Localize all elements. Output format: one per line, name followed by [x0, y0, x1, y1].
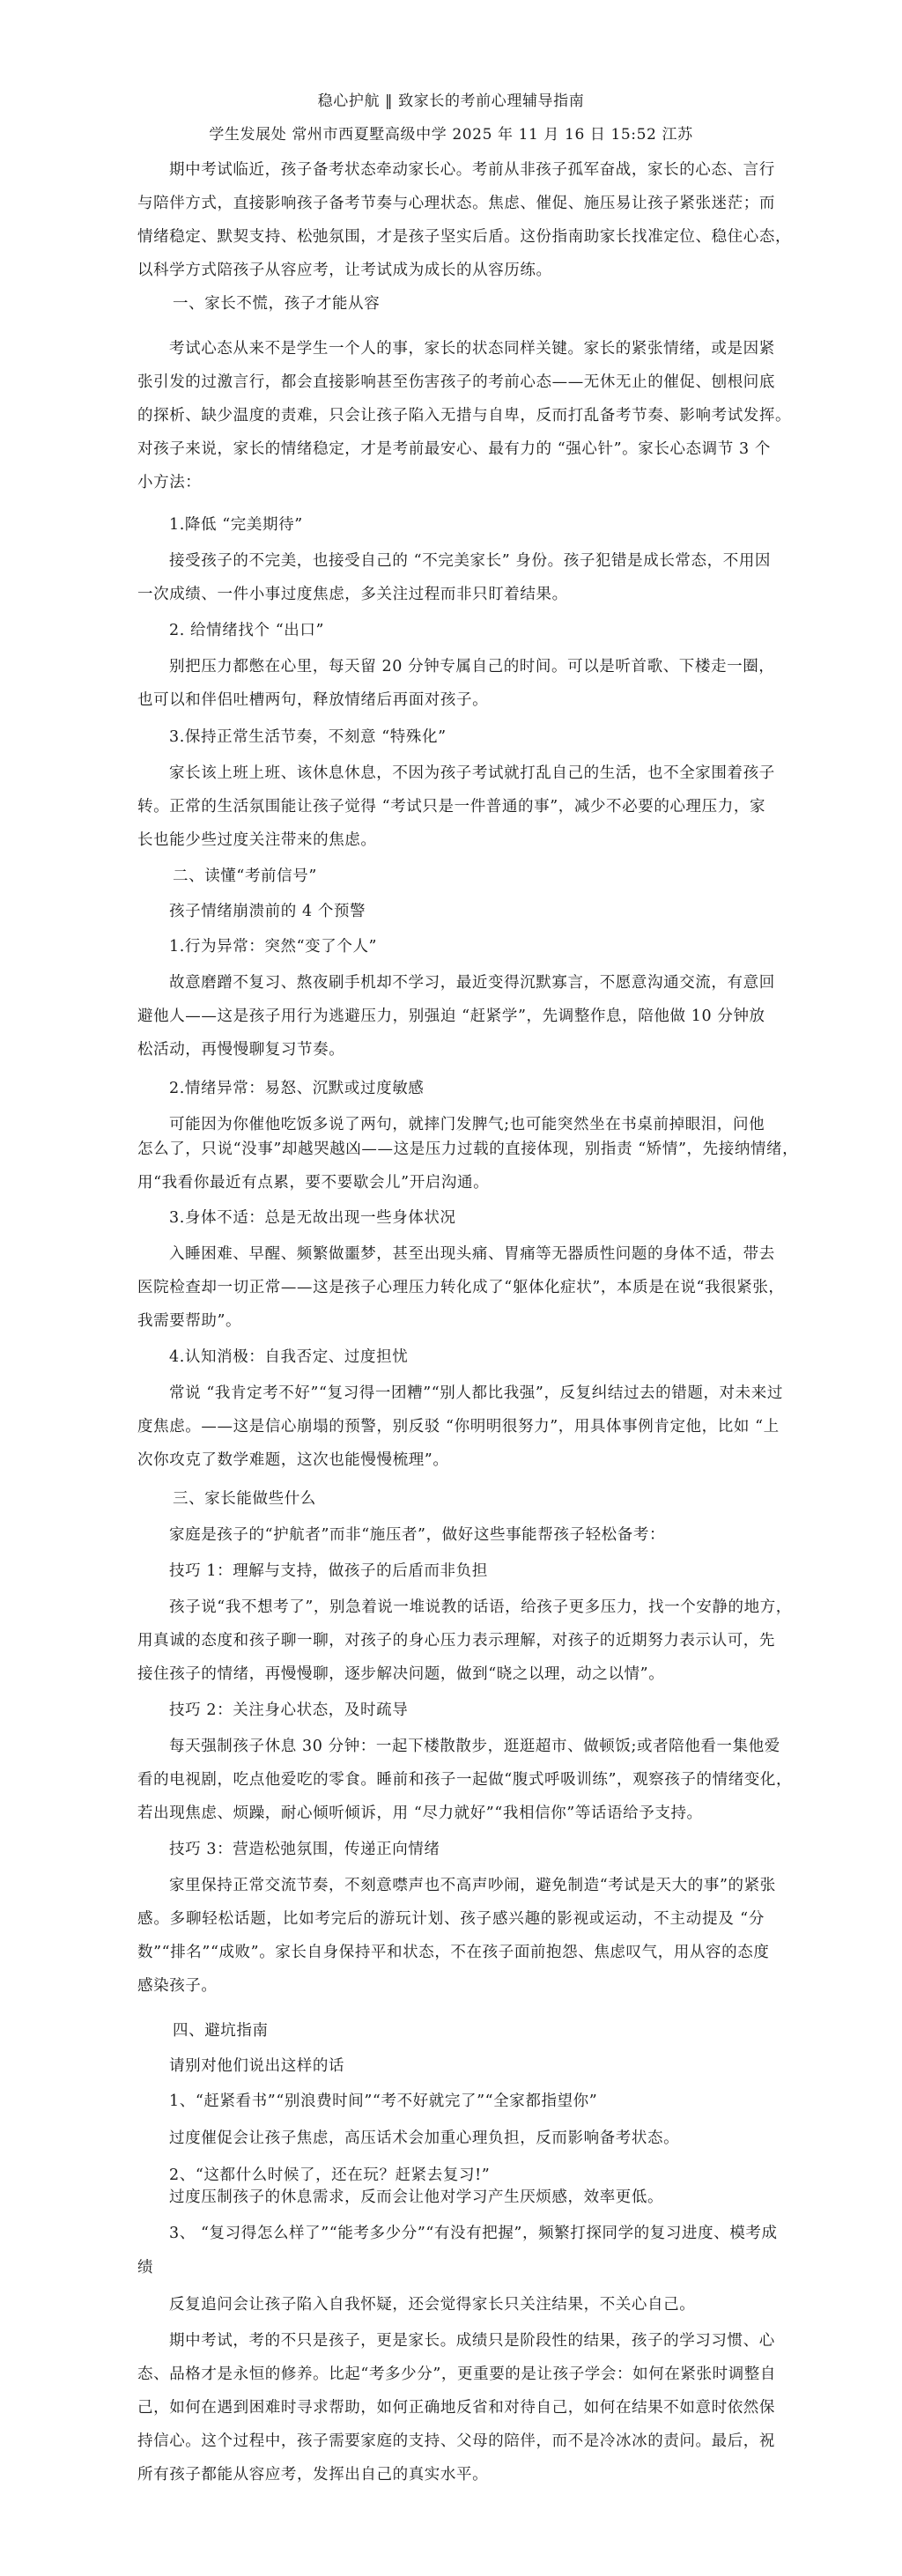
paragraph-line: 态、品格才是永恒的修养。比起“考多少分”，更重要的是让孩子学会：如何在紧张时调整…: [137, 2365, 765, 2384]
subheading: 技巧 3：营造松弛氛围，传递正向情绪: [169, 1840, 440, 1859]
paragraph-line: 入睡困难、早醒、频繁做噩梦，甚至出现头痛、胃痛等无器质性问题的身体不适，带去: [169, 1244, 765, 1264]
subheading: 3.保持正常生活节奏，不刻意 “特殊化”: [169, 727, 447, 747]
paragraph-line: 接受孩子的不完美，也接受自己的 “不完美家长” 身份。孩子犯错是成长常态，不用因: [169, 551, 765, 571]
article-byline: 学生发展处 常州市西夏墅高级中学 2025 年 11 月 16 日 15:52 …: [0, 125, 902, 144]
paragraph-line: 过度压制孩子的休息需求，反而会让他对学习产生厌烦感，效率更低。: [169, 2188, 663, 2207]
paragraph-line: 情绪稳定、默契支持、松弛氛围，才是孩子坚实后盾。这份指南助家长找准定位、稳住心态…: [137, 227, 765, 247]
paragraph-line: 小方法：: [137, 473, 201, 492]
paragraph-line: 每天强制孩子休息 30 分钟：一起下楼散散步，逛逛超市、做顿饭;或者陪他看一集他…: [169, 1737, 765, 1756]
paragraph-line: 用“我看你最近有点累，要不要歇会儿”开启沟通。: [137, 1173, 489, 1192]
subheading: 1.降低 “完美期待”: [169, 515, 303, 535]
paragraph-line: 一次成绩、一件小事过度焦虑，多关注过程而非只盯着结果。: [137, 585, 568, 604]
paragraph-line: 己，如何在遇到困难时寻求帮助，如何正确地反省和对待自己，如何在结果不如意时依然保: [137, 2398, 765, 2417]
paragraph-line: 长也能少些过度关注带来的焦虑。: [137, 830, 377, 850]
paragraph-line: 感染孩子。: [137, 1976, 218, 1996]
article-title: 稳心护航 ‖ 致家长的考前心理辅导指南: [0, 92, 902, 111]
paragraph-line: 也可以和伴侣吐槽两句，释放情绪后再面对孩子。: [137, 690, 488, 710]
subheading: 技巧 1：理解与支持，做孩子的后盾而非负担: [169, 1561, 488, 1581]
paragraph-line: 持信心。这个过程中，孩子需要家庭的支持、父母的陪伴，而不是冷冰冰的责问。最后，祝: [137, 2432, 765, 2451]
paragraph-line: 次你攻克了数学难题，这次也能慢慢梳理”。: [137, 1450, 448, 1470]
paragraph-line: 怎么了，只说“没事”却越哭越凶——这是压力过载的直接体现，别指责 “矫情”，先接…: [137, 1140, 765, 1159]
paragraph-line: 请别对他们说出这样的话: [169, 2056, 344, 2076]
paragraph-line: 故意磨蹭不复习、熬夜刷手机却不学习，最近变得沉默寡言，不愿意沟通交流，有意回: [169, 973, 765, 993]
paragraph-line: 考试心态从来不是学生一个人的事，家长的状态同样关键。家长的紧张情绪，或是因紧: [169, 339, 765, 358]
paragraph-line: 医院检查却一切正常——这是孩子心理压力转化成了“躯体化症状”，本质是在说“我很紧…: [137, 1278, 765, 1297]
section-heading: 二、读懂“考前信号”: [173, 867, 317, 886]
paragraph-line: 家长该上班上班、该休息休息，不因为孩子考试就打乱自己的生活，也不全家围着孩子: [169, 764, 765, 783]
paragraph-line: 家庭是孩子的“护航者”而非“施压者”，做好这些事能帮孩子轻松备考：: [169, 1525, 665, 1545]
paragraph-line: 1、“赶紧看书”“别浪费时间”“考不好就完了”“全家都指望你”: [169, 2092, 597, 2111]
paragraph-line: 过度催促会让孩子焦虑，高压话术会加重心理负担，反而影响备考状态。: [169, 2129, 679, 2148]
paragraph-line: 期中考试临近，孩子备考状态牵动家长心。考前从非孩子孤军奋战，家长的心态、言行: [169, 160, 765, 180]
paragraph-line: 孩子说“我不想考了”，别急着说一堆说教的话语，给孩子更多压力，找一个安静的地方，: [169, 1598, 765, 1617]
subheading: 2.情绪异常：易怒、沉默或过度敏感: [169, 1079, 424, 1098]
paragraph-line: 家里保持正常交流节奏，不刻意噤声也不高声吵闹，避免制造“考试是天大的事”的紧张: [169, 1876, 765, 1895]
section-heading: 三、家长能做些什么: [173, 1489, 316, 1509]
paragraph-line: 度焦虑。——这是信心崩塌的预警，别反驳 “你明明很努力”，用具体事例肯定他，比如…: [137, 1417, 765, 1436]
paragraph-line: 期中考试，考的不只是孩子，更是家长。成绩只是阶段性的结果，孩子的学习习惯、心: [169, 2331, 765, 2351]
paragraph-line: 常说 “我肯定考不好”“复习得一团糟”“别人都比我强”，反复纠结过去的错题，对未…: [169, 1384, 765, 1403]
paragraph-line: 避他人——这是孩子用行为逃避压力，别强迫 “赶紧学”，先调整作息，陪他做 10 …: [137, 1007, 765, 1026]
subheading: 4.认知消极：自我否定、过度担忧: [169, 1347, 408, 1367]
paragraph-line: 所有孩子都能从容应考，发挥出自己的真实水平。: [137, 2465, 488, 2484]
subheading: 2. 给情绪找个 “出口”: [169, 621, 324, 640]
paragraph-line: 反复追问会让孩子陷入自我怀疑，还会觉得家长只关注结果，不关心自己。: [169, 2295, 695, 2314]
paragraph-line: 看的电视剧，吃点他爱吃的零食。睡前和孩子一起做“腹式呼吸训练”，观察孩子的情绪变…: [137, 1770, 765, 1790]
paragraph-line: 用真诚的态度和孩子聊一聊，对孩子的身心压力表示理解，对孩子的近期努力表示认可，先: [137, 1631, 765, 1650]
paragraph-line: 若出现焦虑、烦躁，耐心倾听倾诉，用 “尽力就好”“我相信你”等话语给予支持。: [137, 1804, 703, 1823]
paragraph-line: 张引发的过激言行，都会直接影响甚至伤害孩子的考前心态——无休无止的催促、刨根问底: [137, 373, 765, 392]
paragraph-line: 我需要帮助”。: [137, 1311, 241, 1331]
paragraph-line: 绩: [137, 2258, 153, 2277]
paragraph-line: 以科学方式陪孩子从容应考，让考试成为成长的从容历练。: [137, 261, 552, 280]
paragraph-line: 孩子情绪崩溃前的 4 个预警: [169, 902, 366, 921]
subheading: 1.行为异常：突然“变了个人”: [169, 937, 377, 956]
paragraph-line: 别把压力都憋在心里，每天留 20 分钟专属自己的时间。可以是听首歌、下楼走一圈，: [169, 657, 765, 676]
paragraph-line: 数”“排名”“成败”。家长自身保持平和状态，不在孩子面前抱怨、焦虑叹气，用从容的…: [137, 1943, 765, 1962]
paragraph-line: 可能因为你催他吃饭多说了两句，就摔门发脾气;也可能突然坐在书桌前掉眼泪，问他: [169, 1115, 765, 1134]
paragraph-line: 对孩子来说，家长的情绪稳定，才是考前最安心、最有力的 “强心针”。家长心态调节 …: [137, 439, 765, 459]
paragraph-line: 松活动，再慢慢聊复习节奏。: [137, 1040, 344, 1059]
paragraph-line: 2、“这都什么时候了，还在玩？赶紧去复习!”: [169, 2166, 490, 2185]
paragraph-line: 的探析、缺少温度的责难，只会让孩子陷入无措与自卑，反而打乱备考节奏、影响考试发挥…: [137, 406, 765, 425]
section-heading: 四、避坑指南: [173, 2021, 269, 2041]
paragraph-line: 与陪伴方式，直接影响孩子备考节奏与心理状态。焦虑、催促、施压易让孩子紧张迷茫；而: [137, 194, 765, 213]
subheading: 3.身体不适：总是无故出现一些身体状况: [169, 1208, 456, 1228]
subheading: 技巧 2：关注身心状态，及时疏导: [169, 1701, 408, 1720]
paragraph-line: 感。多聊轻松话题，比如考完后的游玩计划、孩子感兴趣的影视或运动，不主动提及 “分: [137, 1909, 765, 1929]
paragraph-line: 3、 “复习得怎么样了”“能考多少分”“有没有把握”，频繁打探同学的复习进度、模…: [169, 2224, 765, 2243]
paragraph-line: 接住孩子的情绪，再慢慢聊，逐步解决问题，做到“晓之以理，动之以情”。: [137, 1664, 664, 1684]
section-heading: 一、家长不慌，孩子才能从容: [173, 294, 380, 314]
article-page: 稳心护航 ‖ 致家长的考前心理辅导指南 学生发展处 常州市西夏墅高级中学 202…: [0, 0, 902, 2576]
paragraph-line: 转。正常的生活氛围能让孩子觉得 “考试只是一件普通的事”，减少不必要的心理压力，…: [137, 797, 765, 816]
